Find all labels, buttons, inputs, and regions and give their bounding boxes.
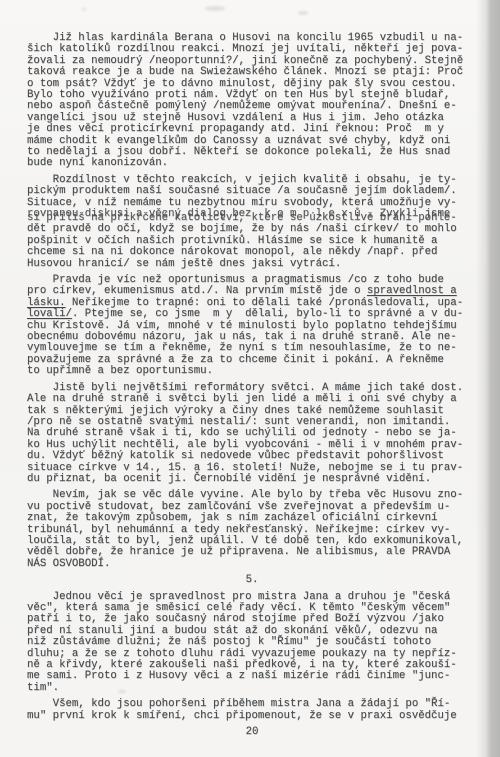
paragraph-2: Rozdílnost v těchto reakcích, v jejich k… xyxy=(27,175,477,270)
scanned-document-page: Již hlas kardinála Berana o Husovi na ko… xyxy=(0,0,500,757)
scan-smudge xyxy=(298,11,308,15)
paragraph-6: Jednou věcí je spravedlnost pro mistra J… xyxy=(27,592,477,695)
paragraph-2-lines-bottom: dět pravdě do očí, když se bojíme, že by… xyxy=(27,224,477,270)
paragraph-1: Již hlas kardinála Berana o Husovi na ko… xyxy=(27,33,477,170)
scan-smudge xyxy=(205,6,225,11)
section-number: 5. xyxy=(27,575,477,586)
paragraph-3: Pravda je víc než oportunismus a pragmat… xyxy=(27,275,477,378)
paragraph-2-lines-top: Rozdílnost v těchto reakcích, v jejich k… xyxy=(27,175,477,209)
paragraph-4: Jistě byli největšími reformátory světci… xyxy=(27,383,477,486)
scan-edge-shadow xyxy=(476,0,500,757)
paragraph-7: Všem, kdo jsou pohoršeni příběhem mistra… xyxy=(27,699,477,722)
page-number: 20 xyxy=(27,727,477,738)
overstrike-line-b: si příliš na přikrčené katolictví, které… xyxy=(27,213,477,224)
scan-smudge xyxy=(82,8,86,11)
typewriter-overstrike-lines: rovnanou diskusi a věcný dialog bez k o … xyxy=(27,209,477,224)
typewritten-text-block: Již hlas kardinála Berana o Husovi na ko… xyxy=(27,33,477,738)
paragraph-5: Nevím, jak se věc dále vyvine. Ale bylo … xyxy=(27,490,477,570)
